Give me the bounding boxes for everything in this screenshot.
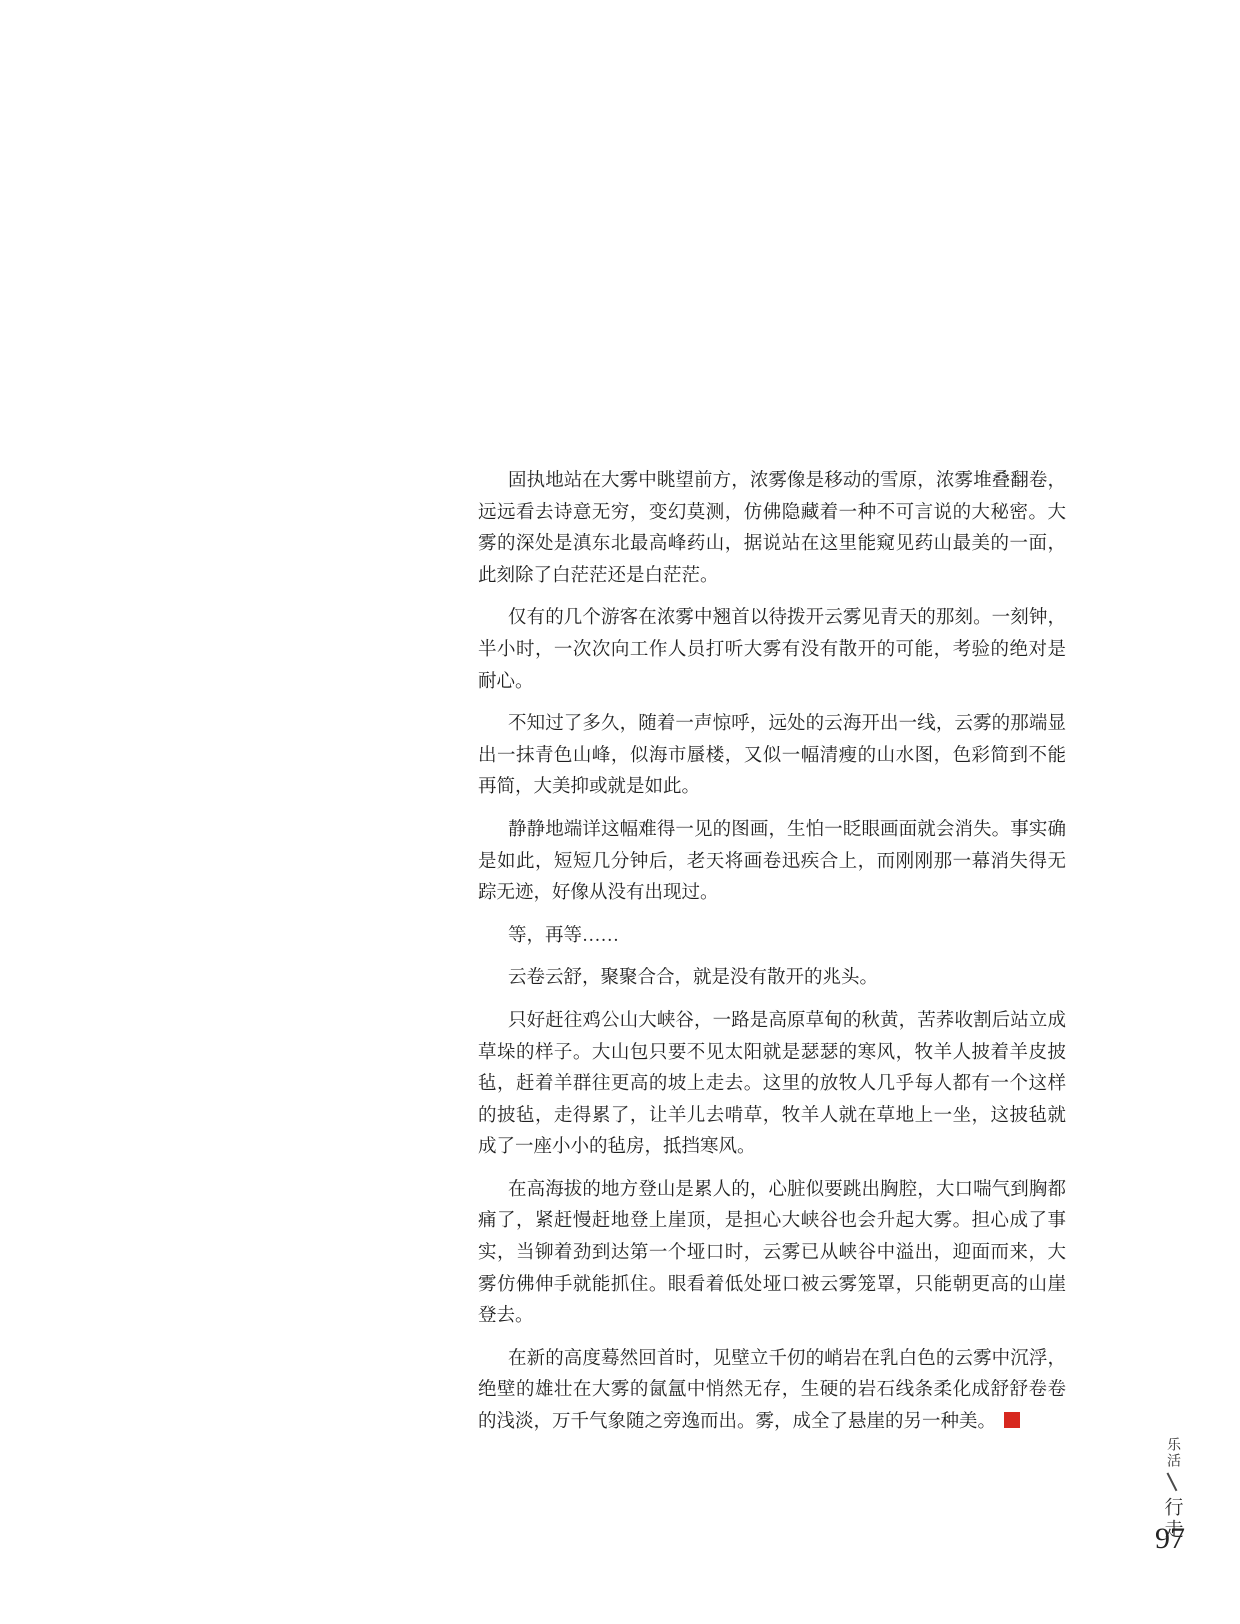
magazine-page: 固执地站在大雾中眺望前方，浓雾像是移动的雪原，浓雾堆叠翻卷，远远看去诗意无穷，变… bbox=[0, 0, 1240, 1624]
article-body: 固执地站在大雾中眺望前方，浓雾像是移动的雪原，浓雾堆叠翻卷，远远看去诗意无穷，变… bbox=[478, 466, 1066, 1450]
paragraph-text: 在新的高度蓦然回首时，见壁立千仞的峭岩在乳白色的云雾中沉浮，绝壁的雄壮在大雾的氤… bbox=[478, 1349, 1066, 1432]
slash-divider-icon bbox=[1167, 1473, 1177, 1492]
paragraph: 不知过了多久，随着一声惊呼，远处的云海开出一线，云雾的那端显出一抹青色山峰，似海… bbox=[478, 709, 1066, 804]
paragraph: 等，再等…… bbox=[478, 921, 1066, 953]
paragraph: 固执地站在大雾中眺望前方，浓雾像是移动的雪原，浓雾堆叠翻卷，远远看去诗意无穷，变… bbox=[478, 466, 1066, 592]
page-number: 97 bbox=[1146, 1522, 1194, 1556]
paragraph: 只好赶往鸡公山大峡谷，一路是高原草甸的秋黄，苦荞收割后站立成草垛的样子。大山包只… bbox=[478, 1006, 1066, 1164]
paragraph: 云卷云舒，聚聚合合，就是没有散开的兆头。 bbox=[478, 963, 1066, 995]
paragraph: 仅有的几个游客在浓雾中翘首以待拨开云雾见青天的那刻。一刻钟，半小时，一次次向工作… bbox=[478, 603, 1066, 698]
paragraph: 在新的高度蓦然回首时，见壁立千仞的峭岩在乳白色的云雾中沉浮，绝壁的雄壮在大雾的氤… bbox=[478, 1344, 1066, 1439]
section-category-label: 乐活 bbox=[1165, 1437, 1179, 1469]
paragraph: 在高海拔的地方登山是累人的，心脏似要跳出胸腔，大口喘气到胸都痛了，紧赶慢赶地登上… bbox=[478, 1175, 1066, 1333]
article-end-square-icon bbox=[1004, 1412, 1020, 1428]
paragraph: 静静地端详这幅难得一见的图画，生怕一眨眼画面就会消失。事实确是如此，短短几分钟后… bbox=[478, 815, 1066, 910]
